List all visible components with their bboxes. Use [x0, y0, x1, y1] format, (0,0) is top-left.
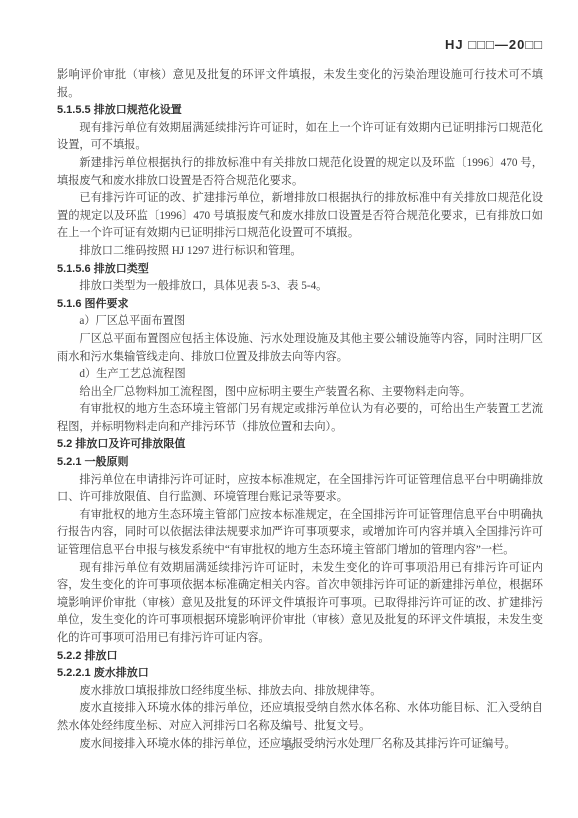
- page-number: 23: [0, 743, 578, 753]
- paragraph: 现有排污单位有效期届满延续排污许可证时，如在上一个许可证有效期内已证明排污口规范…: [57, 120, 543, 155]
- paragraph: 已有排污许可证的改、扩建排污单位，新增排放口根据执行的排放标准中有关排放口规范化…: [57, 190, 543, 243]
- document-body: 影响评价审批（审核）意见及批复的环评文件填报，未发生变化的污染治理设施可行技术可…: [57, 67, 543, 753]
- heading-5-1-5-6: 5.1.5.6 排放口类型: [57, 261, 543, 279]
- list-item-d: d）生产工艺总流程图: [57, 366, 543, 384]
- heading-5-1-5-5: 5.1.5.5 排放口规范化设置: [57, 102, 543, 120]
- list-item-a: a）厂区总平面布置图: [57, 313, 543, 331]
- doc-number: HJ □□□—20□□: [57, 37, 543, 52]
- paragraph: 有审批权的地方生态环境主管部门应按本标准规定，在全国排污许可证管理信息平台中明确…: [57, 507, 543, 560]
- paragraph: 新建排污单位根据执行的排放标准中有关排放口规范化设置的规定以及环监〔1996〕4…: [57, 155, 543, 190]
- document-page: HJ □□□—20□□ 影响评价审批（审核）意见及批复的环评文件填报，未发生变化…: [0, 0, 578, 818]
- paragraph: 排放口类型为一般排放口，具体见表 5-3、表 5-4。: [57, 278, 543, 296]
- paragraph: 给出全厂总物料加工流程图，图中应标明主要生产装置名称、主要物料走向等。: [57, 384, 543, 402]
- heading-5-1-6: 5.1.6 图件要求: [57, 296, 543, 314]
- paragraph: 有审批权的地方生态环境主管部门另有规定或排污单位认为有必要的，可给出生产装置工艺…: [57, 401, 543, 436]
- paragraph-continuation: 影响评价审批（审核）意见及批复的环评文件填报，未发生变化的污染治理设施可行技术可…: [57, 67, 543, 102]
- paragraph: 厂区总平面布置图应包括主体设施、污水处理设施及其他主要公辅设施等内容，同时注明厂…: [57, 331, 543, 366]
- paragraph: 排污单位在申请排污许可证时，应按本标准规定，在全国排污许可证管理信息平台中明确排…: [57, 472, 543, 507]
- heading-5-2-1: 5.2.1 一般原则: [57, 454, 543, 472]
- paragraph: 废水直接排入环境水体的排污单位，还应填报受纳自然水体名称、水体功能目标、汇入受纳…: [57, 700, 543, 735]
- paragraph: 废水排放口填报排放口经纬度坐标、排放去向、排放规律等。: [57, 683, 543, 701]
- paragraph: 排放口二维码按照 HJ 1297 进行标识和管理。: [57, 243, 543, 261]
- heading-5-2-2-1: 5.2.2.1 废水排放口: [57, 665, 543, 683]
- heading-5-2-2: 5.2.2 排放口: [57, 648, 543, 666]
- paragraph: 现有排污单位有效期届满延续排污许可证时，未发生变化的许可事项沿用已有排污许可证内…: [57, 560, 543, 648]
- heading-5-2: 5.2 排放口及许可排放限值: [57, 436, 543, 454]
